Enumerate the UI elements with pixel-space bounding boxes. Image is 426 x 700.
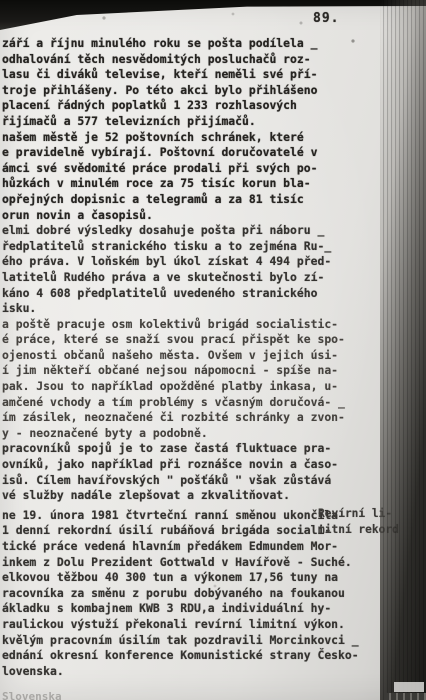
- text-line: a poště pracuje osm kolektivů brigád soc…: [2, 317, 364, 333]
- top-edge-shadow: [0, 0, 426, 30]
- text-line: ámci své svědomité práce prodali při svý…: [2, 161, 364, 177]
- text-line: inkem z Dolu Prezident Gottwald v Havířo…: [2, 555, 364, 571]
- text-line: troje přihlášeny. Po této akci bylo přih…: [2, 83, 364, 99]
- paragraph: elmi dobré výsledky dosahuje pošta při n…: [2, 223, 364, 317]
- text-line: našem městě je 52 poštovních schránek, k…: [2, 130, 364, 146]
- text-line: lovenska.: [2, 664, 364, 680]
- text-line: káno 4 608 předplatitelů uvedeného stran…: [2, 286, 364, 302]
- text-line: ovníků, jako například při roznášce novi…: [2, 457, 364, 473]
- text-line: raulickou výstuží překonali revírní limi…: [2, 617, 364, 633]
- scanned-page: 89. září a říjnu minulého roku se pošta …: [0, 0, 426, 700]
- binding-streaks: [380, 0, 426, 700]
- text-line: amčené vchody a tím problémy s včasným d…: [2, 395, 364, 411]
- text-line: elmi dobré výsledky dosahuje pošta při n…: [2, 223, 364, 239]
- text-line: odhalování těch nesvědomitých posluchačů…: [2, 52, 364, 68]
- text-line: opřejných dopisnic a telegramů a za 81 t…: [2, 192, 364, 208]
- text-line: ého práva. V loňském byl úkol získat 4 4…: [2, 254, 364, 270]
- text-line: lasu či diváků televise, kteří neměli sv…: [2, 67, 364, 83]
- corner-paper-gap: [394, 682, 424, 692]
- text-line: é práce, které se snaží svou prací přisp…: [2, 332, 364, 348]
- text-line: 1 denní rekordní úsilí rubáňová brigáda …: [2, 523, 364, 539]
- binding-edge-shadow: [380, 0, 426, 700]
- text-line: í jim někteří občané nejsou nápomocni - …: [2, 363, 364, 379]
- text-line: isku.: [2, 301, 364, 317]
- paragraph: a poště pracuje osm kolektivů brigád soc…: [2, 317, 364, 442]
- text-line: placení řádných poplatků 1 233 rozhlasov…: [2, 98, 364, 114]
- text-line: ředplatitelů stranického tisku a to zejm…: [2, 239, 364, 255]
- text-line: orun novin a časopisů.: [2, 208, 364, 224]
- text-line: ím zásilek, neoznačené či rozbité schrán…: [2, 410, 364, 426]
- text-line: isů. Cílem havířovských " pošťáků " však…: [2, 473, 364, 489]
- text-line: kvělým pracovním úsilím tak pozdravili M…: [2, 633, 364, 649]
- paragraph: pracovníků spojů je to zase častá fluktu…: [2, 441, 364, 503]
- paragraph: ne 19. února 1981 čtvrteční ranní směnou…: [2, 508, 364, 680]
- text-line: elkovou těžbou 40 300 tun a výkonem 17,5…: [2, 570, 364, 586]
- text-line: září a říjnu minulého roku se pošta podí…: [2, 36, 364, 52]
- text-line: řijímačů a 577 televizních přijímačů.: [2, 114, 364, 130]
- text-line: e pravidelně vybírají. Poštovní doručova…: [2, 145, 364, 161]
- page-number: 89.: [313, 11, 339, 26]
- text-line: latitelů Rudého práva a ve skutečnosti b…: [2, 270, 364, 286]
- text-line: ojenosti občanů našeho města. Ovšem v je…: [2, 348, 364, 364]
- text-line: hůzkách v minulém roce za 75 tisíc korun…: [2, 176, 364, 192]
- ghost-bleed-text: Slovenska: [2, 690, 62, 700]
- corner-dark-edge: [384, 693, 426, 700]
- text-line: tické práce vedená hlavním předákem Edmu…: [2, 539, 364, 555]
- text-line: ednání okresní konference Komunistické s…: [2, 648, 364, 664]
- text-line: y - neoznačené byty a podobně.: [2, 426, 364, 442]
- text-line: ákladku s kombajnem KWB 3 RDU,a individu…: [2, 601, 364, 617]
- text-line: racovníka za směnu z porubu dobývaného n…: [2, 586, 364, 602]
- paragraph: září a říjnu minulého roku se pošta podí…: [2, 36, 364, 130]
- text-line: pak. Jsou to například opožděné platby i…: [2, 379, 364, 395]
- text-block: září a říjnu minulého roku se pošta podí…: [2, 36, 364, 679]
- text-line: ne 19. února 1981 čtvrteční ranní směnou…: [2, 508, 364, 524]
- text-line: vé služby nadále zlepšovat a zkvalitňova…: [2, 488, 364, 504]
- paragraph: našem městě je 52 poštovních schránek, k…: [2, 130, 364, 224]
- text-line: pracovníků spojů je to zase častá fluktu…: [2, 441, 364, 457]
